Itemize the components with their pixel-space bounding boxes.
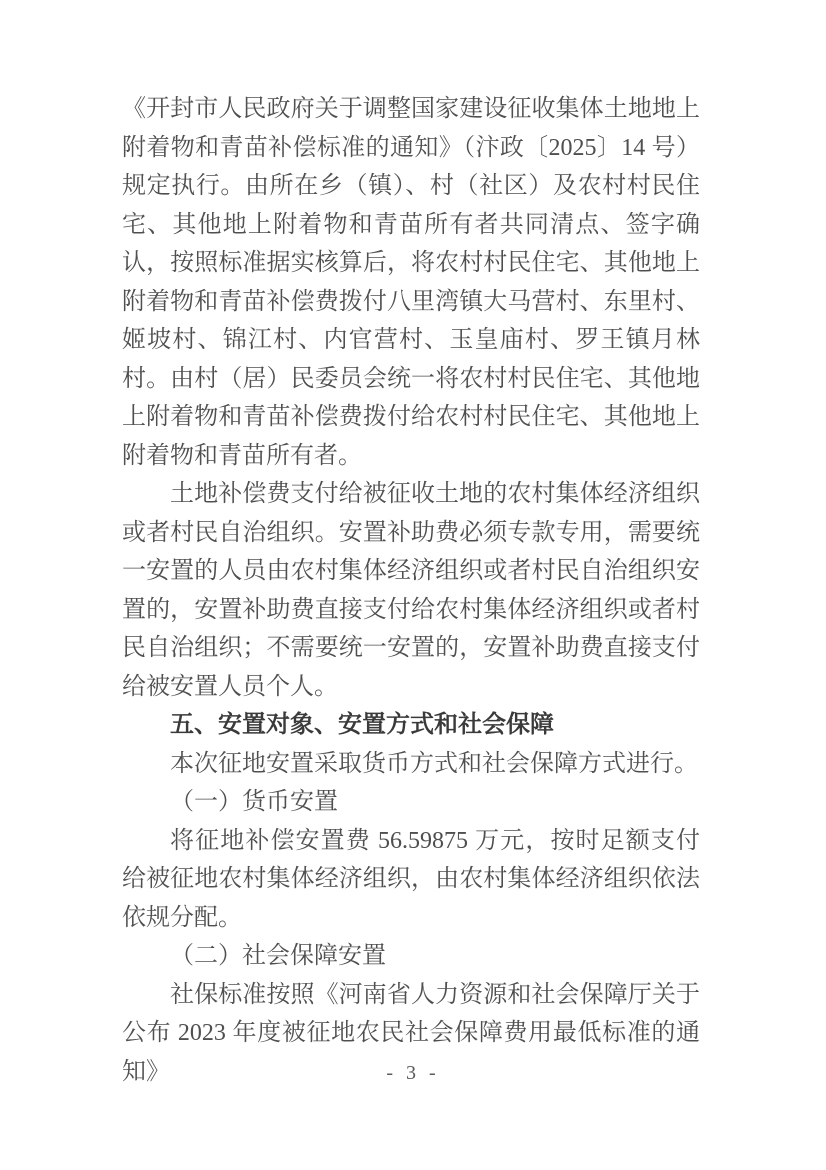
document-text-block: 《开封市人民政府关于调整国家建设征收集体土地地上附着物和青苗补偿标准的通知》（汴… [122, 90, 700, 1091]
page-number: - 3 - [0, 1062, 826, 1085]
sub-heading-monetary-resettlement: （一）货币安置 [122, 783, 700, 822]
paragraph-monetary-amount: 将征地补偿安置费 56.59875 万元，按时足额支付给被征地农村集体经济组织，… [122, 822, 700, 938]
paragraph-resettlement-method: 本次征地安置采取货币方式和社会保障方式进行。 [122, 745, 700, 784]
paragraph-continuation: 《开封市人民政府关于调整国家建设征收集体土地地上附着物和青苗补偿标准的通知》（汴… [122, 90, 700, 475]
sub-heading-social-security: （二）社会保障安置 [122, 937, 700, 976]
document-page: 《开封市人民政府关于调整国家建设征收集体土地地上附着物和青苗补偿标准的通知》（汴… [0, 0, 826, 1170]
section-heading-five: 五、安置对象、安置方式和社会保障 [122, 706, 700, 745]
paragraph-land-compensation: 土地补偿费支付给被征收土地的农村集体经济组织或者村民自治组织。安置补助费必须专款… [122, 475, 700, 706]
